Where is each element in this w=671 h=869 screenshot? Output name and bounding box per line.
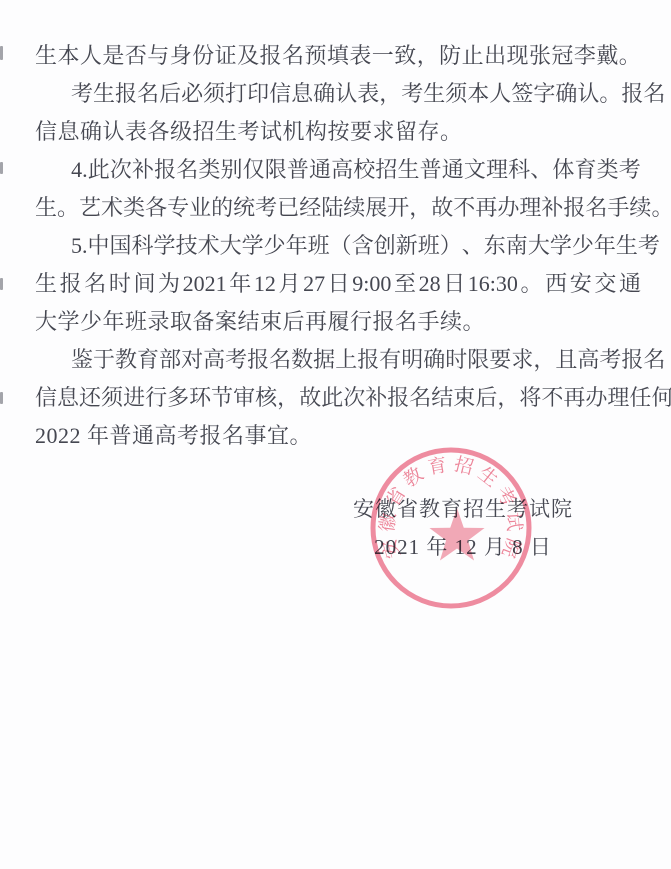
scan-artifact [0,46,3,60]
text-line: 生。艺术类各专业的统考已经陆续展开，故不再办理补报名手续。 [35,189,641,227]
official-seal: 安徽省教育招生考试院 [366,443,536,613]
scan-artifact [0,392,3,404]
scan-artifact [0,278,3,290]
text-line: 鉴于教育部对高考报名数据上报有明确时限要求，且高考报名 [35,341,641,379]
text-line: 5.中国科学技术大学少年班（含创新班）、东南大学少年生考 [35,227,641,265]
paragraph-indent [35,75,71,113]
text-line: 考生报名后必须打印信息确认表，考生须本人签字确认。报名 [35,75,641,113]
paragraph-indent [35,341,71,379]
paragraph-indent [35,227,71,265]
text-line: 4.此次补报名类别仅限普通高校招生普通文理科、体育类考 [35,151,641,189]
paragraph-indent [35,151,71,189]
document-body: 生本人是否与身份证及报名预填表一致，防止出现张冠李戴。考生报名后必须打印信息确认… [35,37,641,455]
star-icon [429,508,484,560]
text-line: 信息还须进行多环节审核，故此次补报名结束后，将不再办理任何 [35,379,641,417]
text-line: 2022 年普通高考报名事宜。 [35,417,641,455]
text-line: 大学少年班录取备案结束后再履行报名手续。 [35,303,641,341]
text-line: 信息确认表各级招生考试机构按要求留存。 [35,113,641,151]
text-line: 生报名时间为2021年12月27日9:00至28日16:30。西安交通 [35,265,641,303]
document-page: 生本人是否与身份证及报名预填表一致，防止出现张冠李戴。考生报名后必须打印信息确认… [0,0,671,869]
scan-artifact [0,162,3,174]
text-line: 生本人是否与身份证及报名预填表一致，防止出现张冠李戴。 [35,37,641,75]
